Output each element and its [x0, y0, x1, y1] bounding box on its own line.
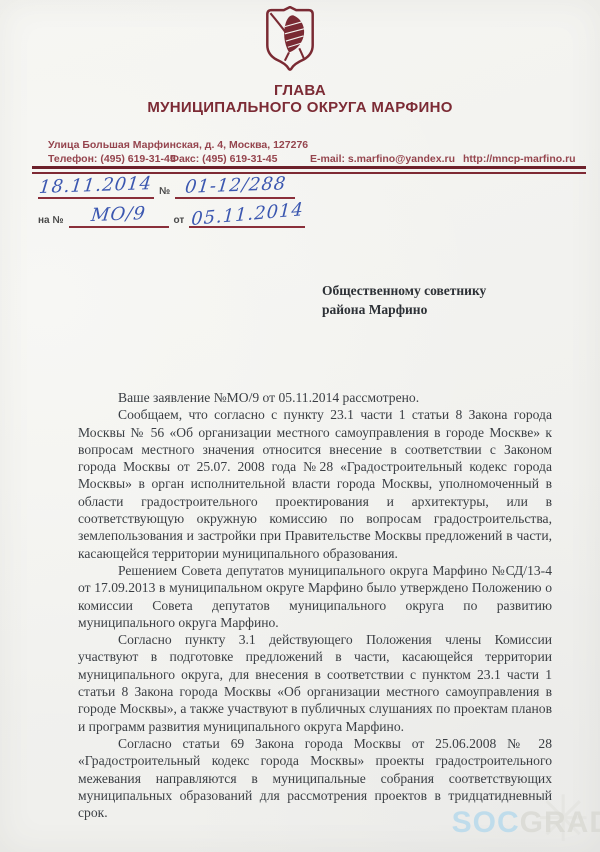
- outgoing-number-handwriting: 01-12/288: [184, 175, 287, 197]
- contact-block: Улица Большая Марфинская, д. 4, Москва, …: [48, 138, 588, 166]
- incoming-reference-row: на № МО/9 от 05.11.2014: [38, 206, 328, 228]
- fax-number: Факс: (495) 619-31-45: [170, 152, 277, 166]
- number-label: №: [154, 186, 175, 199]
- incoming-number-field: МО/9: [69, 206, 169, 228]
- letterhead-title: ГЛАВА МУНИЦИПАЛЬНОГО ОКРУГА МАРФИНО: [0, 82, 600, 116]
- paragraph-4: Согласно пункту 3.1 действующего Положен…: [78, 631, 552, 735]
- paragraph-3: Решением Совета депутатов муниципального…: [78, 562, 552, 631]
- org-title-line2: МУНИЦИПАЛЬНОГО ОКРУГА МАРФИНО: [0, 99, 600, 116]
- scanned-letter-page: ГЛАВА МУНИЦИПАЛЬНОГО ОКРУГА МАРФИНО Улиц…: [0, 0, 600, 852]
- registration-block: 18.11.2014 № 01-12/288 на № МО/9 от 05.1…: [38, 177, 328, 228]
- incoming-number-label: на №: [38, 215, 69, 228]
- incoming-date-handwriting: 05.11.2014: [191, 201, 305, 229]
- watermark-part2: GRAD: [520, 806, 600, 839]
- incoming-number-handwriting: МО/9: [90, 205, 147, 225]
- incoming-date-field: 05.11.2014: [189, 206, 305, 228]
- watermark-text: SOCGRAD: [452, 806, 600, 840]
- org-title-line1: ГЛАВА: [0, 82, 600, 99]
- paragraph-2: Сообщаем, что согласно с пункту 23.1 час…: [78, 406, 552, 562]
- recipient-line2: района Марфино: [322, 300, 486, 319]
- recipient-line1: Общественному советнику: [322, 281, 486, 300]
- outgoing-date-field: 18.11.2014: [38, 177, 154, 199]
- outgoing-reference-row: 18.11.2014 № 01-12/288: [38, 177, 328, 199]
- letter-body: Ваше заявление №МО/9 от 05.11.2014 рассм…: [78, 389, 552, 821]
- paragraph-1: Ваше заявление №МО/9 от 05.11.2014 рассм…: [78, 389, 552, 406]
- watermark-part1: SOC: [452, 806, 520, 839]
- contact-line: Телефон: (495) 619-31-45 Факс: (495) 619…: [48, 152, 588, 166]
- postal-address: Улица Большая Марфинская, д. 4, Москва, …: [48, 138, 588, 152]
- recipient-block: Общественному советнику района Марфино: [322, 281, 486, 319]
- letterhead-divider: [32, 166, 586, 174]
- website-url: http://mncp-marfino.ru: [463, 152, 576, 166]
- outgoing-number-field: 01-12/288: [175, 177, 295, 199]
- phone-number: Телефон: (495) 619-31-45: [48, 152, 176, 166]
- coat-of-arms-icon: [262, 6, 318, 72]
- incoming-date-label: от: [169, 215, 190, 228]
- email-address: E-mail: s.marfino@yandex.ru: [310, 152, 455, 166]
- outgoing-date-handwriting: 18.11.2014: [39, 175, 154, 197]
